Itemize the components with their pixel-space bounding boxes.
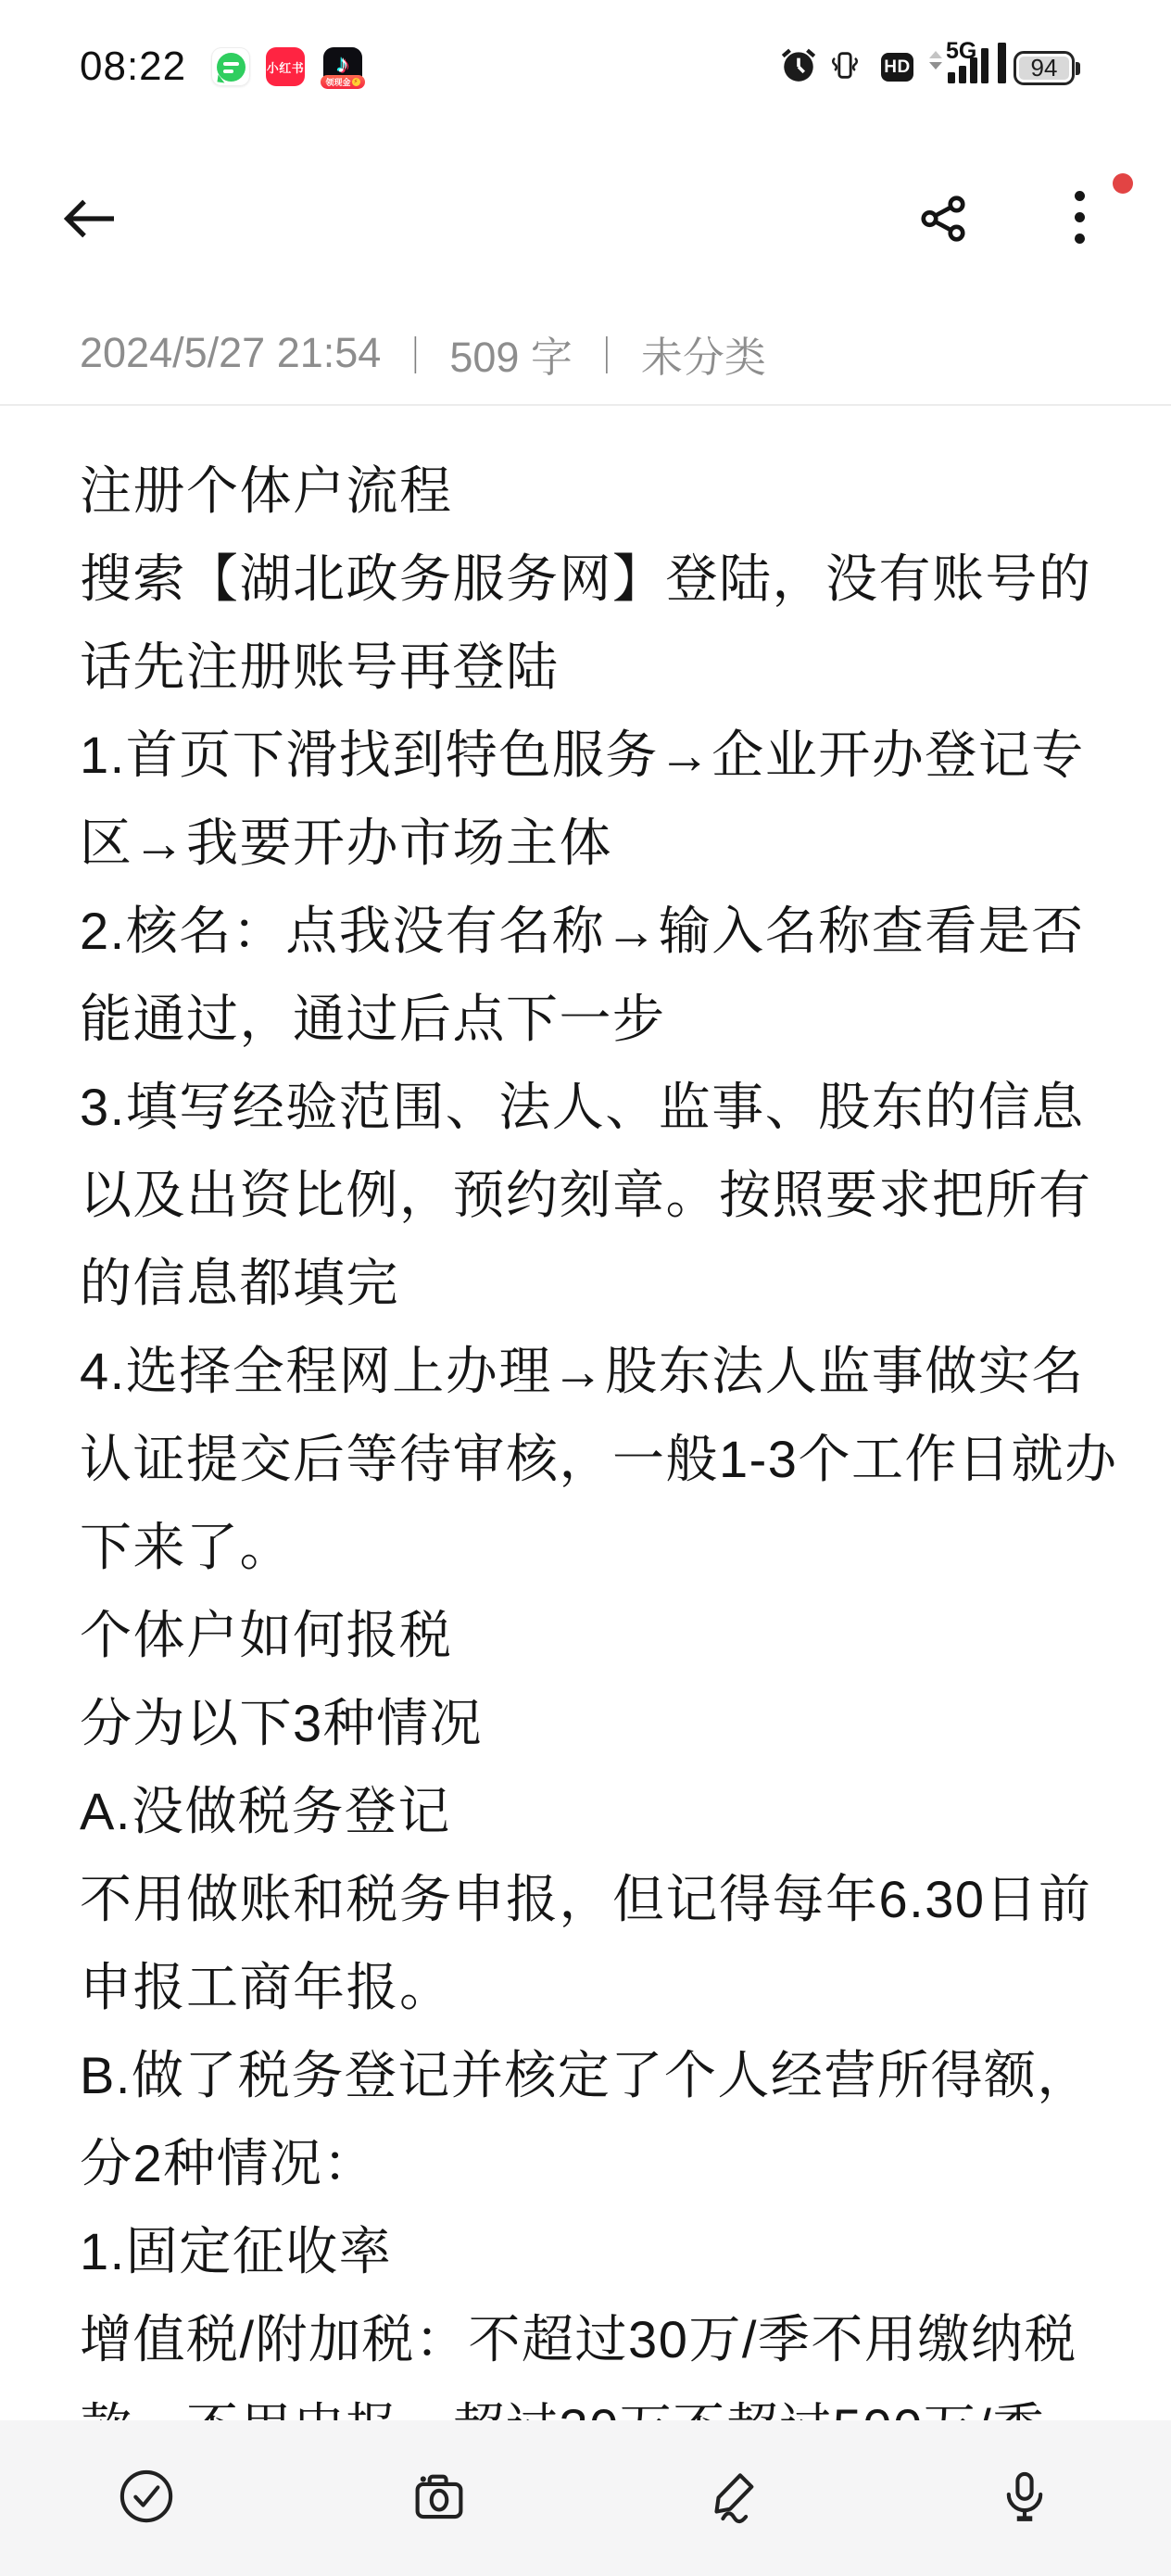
share-button[interactable] — [916, 192, 970, 246]
note-line: 话先注册账号再登陆 — [80, 623, 1171, 711]
note-line: 申报工商年报。 — [80, 1943, 1171, 2031]
douyin-ribbon-label: 领现金 — [325, 76, 350, 88]
hd-label: HD — [884, 57, 910, 78]
note-line: 1.固定征收率 — [80, 2207, 1171, 2295]
note-line: 分为以下3种情况 — [80, 1679, 1171, 1767]
note-meta: 2024/5/27 21:54 ｜ 509 字 ｜ 未分类 — [80, 328, 766, 378]
doodle-pen-button[interactable] — [701, 2466, 762, 2527]
note-word-count: 509 字 — [449, 323, 573, 384]
coin-icon: ⚡ — [352, 78, 360, 86]
note-line: 以及出资比例，预约刻章。按照要求把所有 — [80, 1151, 1171, 1239]
camera-icon — [409, 2466, 470, 2527]
note-line: 认证提交后等待审核，一般1-3个工作日就办 — [80, 1415, 1171, 1503]
xiaohongshu-label: 小红书 — [267, 58, 305, 76]
note-line: 2.核名：点我没有名称→输入名称查看是否 — [80, 887, 1171, 975]
share-icon — [916, 192, 970, 246]
back-arrow-icon — [61, 196, 119, 242]
microphone-icon — [994, 2466, 1055, 2527]
note-datetime: 2024/5/27 21:54 — [80, 329, 381, 377]
battery-icon: 94 — [1014, 51, 1075, 85]
notes-app-screen: 08:22 小红书 ♪ 领现金 ⚡ HD — [0, 0, 1171, 2576]
battery-level: 94 — [1031, 54, 1058, 82]
arrow-down-icon — [929, 62, 942, 69]
todo-check-button[interactable] — [116, 2466, 177, 2527]
note-line: 注册个体户流程 — [80, 447, 1171, 535]
douyin-ribbon: 领现金 ⚡ — [321, 75, 365, 89]
music-note-icon: ♪ — [336, 50, 349, 79]
note-line: B.做了税务登记并核定了个人经营所得额， — [80, 2031, 1171, 2119]
note-line: 3.填写经验范围、法人、监事、股东的信息 — [80, 1063, 1171, 1151]
note-line: 1.首页下滑找到特色服务→企业开办登记专 — [80, 711, 1171, 799]
note-line: 的信息都填完 — [80, 1239, 1171, 1327]
vibrate-icon — [827, 48, 863, 83]
xiaohongshu-app-icon: 小红书 — [266, 47, 305, 86]
note-line: 区→我要开办市场主体 — [80, 799, 1171, 887]
meta-separator: ｜ — [588, 327, 625, 380]
note-category[interactable]: 未分类 — [641, 323, 766, 384]
note-content[interactable]: 注册个体户流程搜索【湖北政务服务网】登陆，没有账号的话先注册账号再登陆1.首页下… — [80, 447, 1171, 2471]
hd-icon: HD — [881, 53, 913, 82]
microphone-button[interactable] — [994, 2466, 1055, 2527]
todo-check-icon — [116, 2466, 177, 2527]
note-line: A.没做税务登记 — [80, 1767, 1171, 1855]
camera-button[interactable] — [409, 2466, 470, 2527]
status-time: 08:22 — [80, 44, 186, 90]
back-button[interactable] — [61, 196, 119, 242]
doodle-pen-icon — [701, 2466, 762, 2527]
messages-app-icon — [211, 47, 250, 86]
note-line: 搜索【湖北政务服务网】登陆，没有账号的 — [80, 535, 1171, 623]
signal-5g-icon: 5G — [929, 43, 1018, 85]
douyin-app-icon: ♪ 领现金 ⚡ — [323, 47, 362, 86]
header-divider — [0, 404, 1171, 406]
note-line: 4.选择全程网上办理→股东法人监事做实名 — [80, 1327, 1171, 1415]
meta-separator: ｜ — [397, 327, 434, 380]
alarm-clock-icon — [779, 45, 818, 84]
note-line: 增值税/附加税：不超过30万/季不用缴纳税 — [80, 2295, 1171, 2383]
more-menu-icon — [1075, 191, 1085, 201]
notification-dot — [1113, 173, 1133, 194]
note-line: 不用做账和税务申报，但记得每年6.30日前 — [80, 1855, 1171, 1943]
note-line: 能通过，通过后点下一步 — [80, 975, 1171, 1063]
note-line: 个体户如何报税 — [80, 1591, 1171, 1679]
more-menu-button[interactable] — [1075, 191, 1086, 244]
note-line: 下来了。 — [80, 1503, 1171, 1591]
note-line: 分2种情况： — [80, 2119, 1171, 2207]
arrow-up-icon — [929, 51, 942, 58]
